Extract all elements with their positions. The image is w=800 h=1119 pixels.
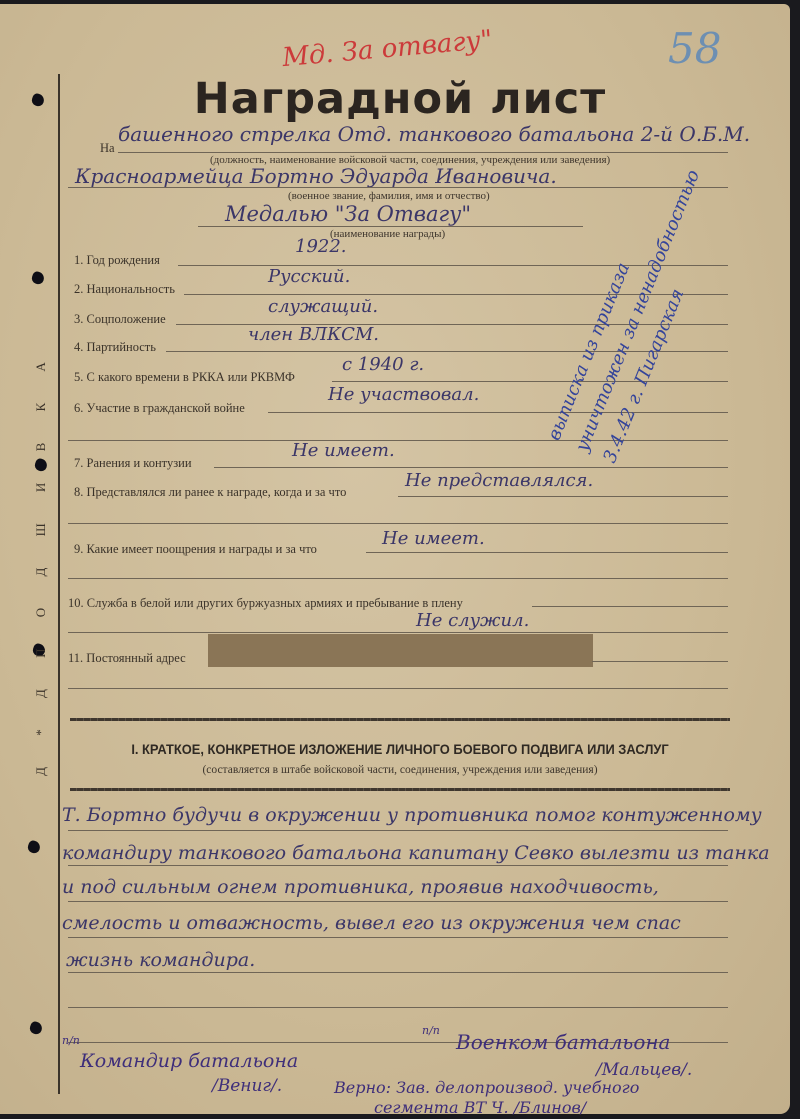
- field-value-service-since: с 1940 г.: [342, 354, 424, 375]
- section-top-rule: [70, 718, 730, 721]
- field-label-civil-war: 6. Участие в гражданской войне: [74, 401, 245, 416]
- narrative-line: командиру танкового батальона капитану С…: [62, 842, 770, 864]
- field-value-white-army: Не служил.: [416, 610, 529, 631]
- rule: [68, 578, 728, 579]
- field-value-civil-war: Не участвовал.: [328, 384, 479, 405]
- narrative-line: Т. Бортно будучи в окружении у противник…: [62, 804, 762, 826]
- certified-line: Верно: Зав. делопроизвод. учебного: [334, 1078, 639, 1097]
- field-label-social-status: 3. Соцположение: [74, 312, 166, 327]
- commander-title: Командир батальона: [80, 1050, 298, 1072]
- rule: [68, 688, 728, 689]
- red-award-annotation: Мд. За отвагу": [281, 25, 494, 73]
- signature-prefix-right: п/п: [422, 1024, 440, 1037]
- section-subtitle: (составляется в штабе войсковой части, с…: [70, 764, 730, 776]
- field-label-address: 11. Постоянный адрес: [68, 651, 186, 666]
- binding-stamp: Д * Д П О Д Ш И В К А: [26, 434, 56, 704]
- binding-margin-rule: [58, 74, 60, 1094]
- commissar-title: Военком батальона: [456, 1030, 670, 1054]
- punch-hole: [28, 1020, 43, 1035]
- award-sheet: Д * Д П О Д Ш И В К А Мд. За отвагу" 58 …: [0, 4, 790, 1114]
- field-label-nationality: 2. Национальность: [74, 282, 175, 297]
- caption-name: (военное звание, фамилия, имя и отчество…: [288, 190, 490, 202]
- punch-hole: [30, 270, 45, 285]
- commander-name: /Вениг/.: [212, 1076, 282, 1096]
- field-value-social-status: служащий.: [268, 296, 378, 317]
- field-value-birth-year: 1922.: [295, 236, 347, 257]
- field-value-party: член ВЛКСМ.: [248, 324, 379, 345]
- certified-line-2: сегмента ВТ Ч. /Блинов/: [374, 1098, 586, 1117]
- rule: [68, 865, 728, 866]
- field-value-wounds: Не имеет.: [292, 440, 395, 461]
- field-label-birth-year: 1. Год рождения: [74, 253, 160, 268]
- narrative-line: смелость и отважность, вывел его из окру…: [62, 912, 681, 934]
- page-number: 58: [668, 24, 721, 73]
- rule: [68, 632, 728, 633]
- award-name-value: Медалью "За Отвагу": [225, 202, 471, 226]
- redacted-address: [208, 634, 593, 667]
- field-value-commendations: Не имеет.: [382, 528, 485, 549]
- rule: [68, 901, 728, 902]
- rule: [68, 523, 728, 524]
- rule: [532, 606, 728, 607]
- rule: [68, 1007, 728, 1008]
- narrative-line: жизнь командира.: [66, 949, 255, 971]
- caption-award: (наименование награды): [330, 228, 445, 240]
- na-prefix: На: [100, 141, 115, 156]
- rule: [398, 496, 728, 497]
- signature-prefix-left: п/п: [62, 1034, 80, 1047]
- section-title: I. КРАТКОЕ, КОНКРЕТНОЕ ИЗЛОЖЕНИЕ ЛИЧНОГО…: [96, 741, 703, 757]
- field-label-service-since: 5. С какого времени в РККА или РКВМФ: [74, 370, 295, 385]
- diagonal-annotation: выписка из приказа уничтожен за ненадобн…: [540, 154, 736, 468]
- field-value-nationality: Русский.: [268, 266, 350, 287]
- field-label-wounds: 7. Ранения и контузии: [74, 456, 192, 471]
- field-label-party: 4. Партийность: [74, 340, 156, 355]
- rank-name-value: Красноармейца Бортно Эдуарда Ивановича.: [75, 164, 557, 188]
- field-label-commendations: 9. Какие имеет поощрения и награды и за …: [74, 542, 317, 557]
- rule: [268, 412, 728, 413]
- field-label-white-army: 10. Служба в белой или других буржуазных…: [68, 596, 463, 611]
- rule: [68, 972, 728, 973]
- punch-hole: [30, 92, 45, 107]
- field-label-previous-awards: 8. Представлялся ли ранее к награде, ког…: [74, 485, 346, 500]
- rule: [198, 226, 583, 227]
- field-value-previous-awards: Не представлялся.: [405, 470, 593, 491]
- rule: [214, 467, 728, 468]
- narrative-line: и под сильным огнем противника, проявив …: [62, 876, 659, 898]
- rule: [592, 661, 728, 662]
- rule: [68, 187, 728, 188]
- commissar-name: /Мальцев/.: [596, 1060, 692, 1080]
- punch-hole: [26, 839, 41, 854]
- rule: [332, 381, 728, 382]
- position-unit-value: башенного стрелка Отд. танкового батальо…: [118, 122, 750, 146]
- rule: [118, 152, 728, 153]
- rule: [68, 937, 728, 938]
- document-title: Наградной лист: [190, 74, 610, 124]
- rule: [366, 552, 728, 553]
- rule: [68, 830, 728, 831]
- section-bottom-rule: [70, 788, 730, 791]
